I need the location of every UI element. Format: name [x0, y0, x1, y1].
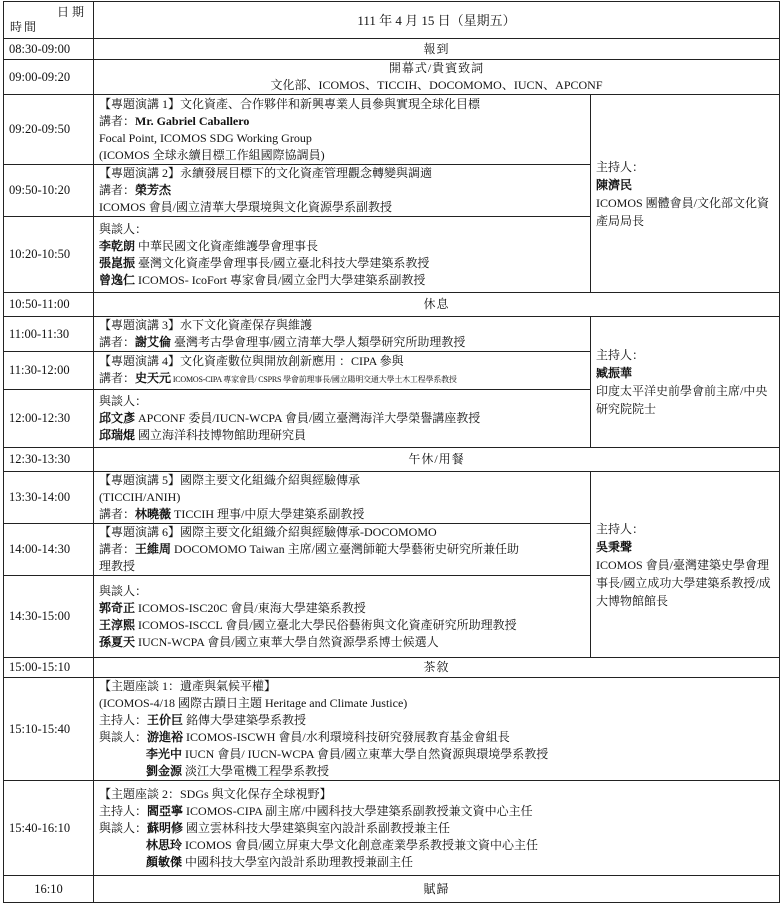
header-row: 日期 時間 111 年 4 月 15 日（星期五）: [4, 2, 780, 39]
time-cell: 15:40-16:10: [4, 781, 94, 876]
speaker-prefix: 講者：: [99, 114, 135, 128]
speaker-prefix: 講者：: [99, 183, 135, 197]
speaker-desc: TICCIH 理事/中原大學建築系副教授: [171, 507, 364, 521]
session-text: 報到: [94, 39, 780, 60]
panelist: 李光中 IUCN 會員/ IUCN-WCPA 會員/國立東華大學自然資源與環境學…: [99, 746, 774, 763]
panelist-desc: IUCN 會員/ IUCN-WCPA 會員/國立東華大學自然資源與環境學系教授: [182, 747, 548, 761]
forum-cell: 【主題座談 2：SDGs 與文化保存全球視野】 主持人：閻亞寧 ICOMOS-C…: [94, 781, 780, 876]
panelist-desc: 國立海洋科技博物館助理研究員: [135, 428, 306, 442]
table-row: 13:30-14:00 【專題演講 5】國際主要文化組織介紹與經驗傳承 (TIC…: [4, 472, 780, 524]
speaker-name: 史天元: [135, 371, 171, 385]
date-title: 111 年 4 月 15 日（星期五）: [94, 2, 780, 39]
panelist: 王淳熙 ICOMOS-ISCCL 會員/國立臺北大學民俗藝術與文化資產研究所助理…: [99, 617, 585, 634]
panelist-desc: IUCN-WCPA 會員/國立東華大學自然資源學系博士候選人: [135, 635, 439, 649]
host-label: 主持人：: [596, 346, 774, 364]
table-row: 16:10 賦歸: [4, 876, 780, 893]
host-desc: 印度太平洋史前學會前主席/中央研究院院士: [596, 384, 767, 416]
time-cell: 15:10-15:40: [4, 678, 94, 781]
table-row: 15:00-15:10 茶敘: [4, 658, 780, 678]
speaker-desc: 臺灣考古學會理事/國立清華大學人類學研究所助理教授: [171, 335, 465, 349]
talk-title: 【專題演講 4】文化資產數位與開放創新應用 ：CIPA 參與: [99, 353, 585, 370]
panelist: 邱瑞焜 國立海洋科技博物館助理研究員: [99, 427, 585, 444]
table-row: 09:20-09:50 【專題演講 1】文化資產、合作夥伴和新興專業人員參與實現…: [4, 95, 780, 165]
panelist: 顏敏傑 中國科技大學室內設計系助理教授兼副主任: [99, 854, 774, 871]
panelist: 林思玲 ICOMOS 會員/國立屏東大學文化創意產業學系教授兼文資中心主任: [99, 837, 774, 854]
panelist-desc: ICOMOS-ISCCL 會員/國立臺北大學民俗藝術與文化資產研究所助理教授: [135, 618, 517, 632]
talk-subtitle: (TICCIH/ANIH): [99, 489, 585, 506]
time-cell: 11:00-11:30: [4, 317, 94, 352]
table-row: 09:00-09:20 開幕式/貴賓致詞 文化部、ICOMOS、TICCIH、D…: [4, 60, 780, 95]
speaker-desc: ICOMOS-CIPA 專家會員/ CSPRS 學會前理事長/國立陽明交通大學土…: [171, 375, 457, 384]
speaker-affiliation: ICOMOS 會員/國立清華大學環境與文化資源學系副教授: [99, 199, 585, 216]
panelist-desc: 臺灣文化資產學會理事長/國立臺北科技大學建築系教授: [135, 256, 429, 270]
panelist-name: 邱文彥: [99, 411, 135, 425]
table-row: 10:50-11:00 休息: [4, 293, 780, 317]
forum-title: 【主題座談 2：SDGs 與文化保存全球視野】: [99, 786, 774, 803]
session-text: 午休/用餐: [94, 448, 780, 472]
panelist-name: 游進裕: [147, 730, 183, 744]
panelist-desc: ICOMOS-ISC20C 會員/東海大學建築系教授: [135, 601, 366, 615]
talk-title: 【專題演講 1】文化資產、合作夥伴和新興專業人員參與實現全球化目標: [99, 96, 585, 113]
forum-cell: 【主題座談 1：遺產與氣候平權】 (ICOMOS-4/18 國際古蹟日主題 He…: [94, 678, 780, 781]
time-cell: 08:30-09:00: [4, 39, 94, 60]
host-label: 主持人：: [596, 520, 774, 538]
panelist-name: 蘇明修: [147, 821, 183, 835]
speaker-line: 講者：Mr. Gabriel Caballero: [99, 113, 585, 130]
time-cell: 09:50-10:20: [4, 165, 94, 217]
panel-label: 與談人：: [99, 730, 147, 744]
opening-cell: 開幕式/貴賓致詞 文化部、ICOMOS、TICCIH、DOCOMOMO、IUCN…: [94, 60, 780, 95]
speaker-name: 王維周: [135, 542, 171, 556]
host-name: 陳濟民: [596, 176, 774, 194]
time-label: 時間: [10, 19, 38, 36]
time-cell: 10:50-11:00: [4, 293, 94, 317]
time-cell: 14:00-14:30: [4, 524, 94, 576]
speaker-prefix: 講者：: [99, 542, 135, 556]
speaker-line: 講者：王維周 DOCOMOMO Taiwan 主席/國立臺灣師範大學藝術史研究所…: [99, 541, 585, 558]
panelist: 張崑振 臺灣文化資產學會理事長/國立臺北科技大學建築系教授: [99, 255, 585, 272]
panelist-name: 劉金源: [146, 764, 182, 778]
speaker-line: 講者：榮芳杰: [99, 182, 585, 199]
table-row: 12:30-13:30 午休/用餐: [4, 448, 780, 472]
speaker-prefix: 講者：: [99, 507, 135, 521]
host-desc: ICOMOS-CIPA 副主席/中國科技大學建築系副教授兼文資中心主任: [183, 804, 533, 818]
talk-title: 【專題演講 6】國際主要文化組織介紹與經驗傳承-DOCOMOMO: [99, 524, 585, 541]
panelist-desc: ICOMOS-ISCWH 會員/水利環境科技研究發展教育基金會組長: [183, 730, 510, 744]
opening-orgs: 文化部、ICOMOS、TICCIH、DOCOMOMO、IUCN、APCONF: [99, 77, 774, 94]
table-row: 08:30-09:00 報到: [4, 39, 780, 60]
time-cell: 13:30-14:00: [4, 472, 94, 524]
panelist-desc: 中國科技大學室內設計系助理教授兼副主任: [182, 855, 413, 869]
speaker-desc: DOCOMOMO Taiwan 主席/國立臺灣師範大學藝術史研究所兼任助: [171, 542, 519, 556]
panelist: 劉金源 淡江大學電機工程學系教授: [99, 763, 774, 780]
host-label: 主持人：: [99, 713, 147, 727]
speaker-name: 謝艾倫: [135, 335, 171, 349]
speaker-name: 林曉薇: [135, 507, 171, 521]
speaker-desc-cont: 理教授: [99, 558, 585, 575]
panelist-name: 曾逸仁: [99, 273, 135, 287]
time-cell: 09:20-09:50: [4, 95, 94, 165]
host-label: 主持人：: [99, 804, 147, 818]
speaker-name: Mr. Gabriel Caballero: [135, 114, 249, 128]
panelist-name: 李乾朗: [99, 239, 135, 253]
talk-cell: 【專題演講 4】文化資產數位與開放創新應用 ：CIPA 參與 講者：史天元 IC…: [94, 352, 591, 390]
session-text: 茶敘: [94, 658, 780, 678]
talk-title: 【專題演講 2】永續發展目標下的文化資產管理觀念轉變與調適: [99, 165, 585, 182]
table-row: 15:10-15:40 【主題座談 1：遺產與氣候平權】 (ICOMOS-4/1…: [4, 678, 780, 781]
session-text: 休息: [94, 293, 780, 317]
host-name: 王价巨: [147, 713, 183, 727]
panelist-name: 邱瑞焜: [99, 428, 135, 442]
speaker-prefix: 講者：: [99, 371, 135, 385]
panel-label: 與談人：: [99, 821, 147, 835]
session-text: 賦歸: [94, 876, 780, 893]
time-cell: 12:30-13:30: [4, 448, 94, 472]
panelist-name: 王淳熙: [99, 618, 135, 632]
panel-label: 與談人：: [99, 583, 585, 600]
speaker-line: 講者：林曉薇 TICCIH 理事/中原大學建築系副教授: [99, 506, 585, 523]
panel-cell: 與談人： 郭奇正 ICOMOS-ISC20C 會員/東海大學建築系教授 王淳熙 …: [94, 576, 591, 658]
table-row: 15:40-16:10 【主題座談 2：SDGs 與文化保存全球視野】 主持人：…: [4, 781, 780, 876]
panelist: 曾逸仁 ICOMOS- IcoFort 專家會員/國立金門大學建築系副教授: [99, 272, 585, 289]
panel-cell: 與談人： 邱文彥 APCONF 委員/IUCN-WCPA 會員/國立臺灣海洋大學…: [94, 390, 591, 448]
speaker-name: 榮芳杰: [135, 183, 171, 197]
panelist-name: 李光中: [146, 747, 182, 761]
panelist: 郭奇正 ICOMOS-ISC20C 會員/東海大學建築系教授: [99, 600, 585, 617]
panelist: 與談人：游進裕 ICOMOS-ISCWH 會員/水利環境科技研究發展教育基金會組…: [99, 729, 774, 746]
agenda-table: 日期 時間 111 年 4 月 15 日（星期五） 08:30-09:00 報到…: [3, 1, 780, 892]
panelist-desc: 中華民國文化資產維護學會理事長: [135, 239, 318, 253]
time-cell: 15:00-15:10: [4, 658, 94, 678]
panelist-desc: ICOMOS- IcoFort 專家會員/國立金門大學建築系副教授: [135, 273, 425, 287]
opening-title: 開幕式/貴賓致詞: [99, 60, 774, 77]
speaker-affiliation-zh: (ICOMOS 全球永續目標工作組國際協調員): [99, 147, 585, 164]
forum-subtitle: (ICOMOS-4/18 國際古蹟日主題 Heritage and Climat…: [99, 695, 774, 712]
forum-host: 主持人：王价巨 銘傳大學建築學系教授: [99, 712, 774, 729]
panelist-desc: 淡江大學電機工程學系教授: [182, 764, 329, 778]
time-cell: 14:30-15:00: [4, 576, 94, 658]
talk-cell: 【專題演講 2】永續發展目標下的文化資產管理觀念轉變與調適 講者：榮芳杰 ICO…: [94, 165, 591, 217]
time-cell: 09:00-09:20: [4, 60, 94, 95]
host-cell-morning: 主持人： 陳濟民 ICOMOS 團體會員/文化部文化資產局局長: [591, 95, 780, 293]
speaker-affiliation: Focal Point, ICOMOS SDG Working Group: [99, 130, 585, 147]
host-desc: 銘傳大學建築學系教授: [183, 713, 306, 727]
talk-cell: 【專題演講 1】文化資產、合作夥伴和新興專業人員參與實現全球化目標 講者：Mr.…: [94, 95, 591, 165]
talk-title: 【專題演講 3】水下文化資產保存與維護: [99, 317, 585, 334]
host-name: 閻亞寧: [147, 804, 183, 818]
talk-cell: 【專題演講 5】國際主要文化組織介紹與經驗傳承 (TICCIH/ANIH) 講者…: [94, 472, 591, 524]
panelist: 李乾朗 中華民國文化資產維護學會理事長: [99, 238, 585, 255]
header-corner-cell: 日期 時間: [4, 2, 94, 39]
host-desc: ICOMOS 會員/臺灣建築史學會理事長/國立成功大學建築系教授/成大博物館館長: [596, 558, 771, 608]
time-cell: 10:20-10:50: [4, 217, 94, 293]
talk-cell: 【專題演講 3】水下文化資產保存與維護 講者：謝艾倫 臺灣考古學會理事/國立清華…: [94, 317, 591, 352]
speaker-line: 講者：史天元 ICOMOS-CIPA 專家會員/ CSPRS 學會前理事長/國立…: [99, 370, 585, 388]
host-label: 主持人：: [596, 158, 774, 176]
panelist-name: 林思玲: [146, 838, 182, 852]
speaker-prefix: 講者：: [99, 335, 135, 349]
panelist-name: 孫夏天: [99, 635, 135, 649]
panelist-desc: APCONF 委員/IUCN-WCPA 會員/國立臺灣海洋大學榮譽講座教授: [135, 411, 480, 425]
panel-label: 與談人：: [99, 221, 585, 238]
host-cell-late-morning: 主持人： 臧振華 印度太平洋史前學會前主席/中央研究院院士: [591, 317, 780, 448]
panelist: 邱文彥 APCONF 委員/IUCN-WCPA 會員/國立臺灣海洋大學榮譽講座教…: [99, 410, 585, 427]
talk-cell: 【專題演講 6】國際主要文化組織介紹與經驗傳承-DOCOMOMO 講者：王維周 …: [94, 524, 591, 576]
panel-label: 與談人：: [99, 393, 585, 410]
panelist-name: 郭奇正: [99, 601, 135, 615]
host-desc: ICOMOS 團體會員/文化部文化資產局局長: [596, 196, 769, 228]
forum-title: 【主題座談 1：遺產與氣候平權】: [99, 678, 774, 695]
panel-cell: 與談人： 李乾朗 中華民國文化資產維護學會理事長 張崑振 臺灣文化資產學會理事長…: [94, 217, 591, 293]
time-cell: 12:00-12:30: [4, 390, 94, 448]
host-name: 臧振華: [596, 364, 774, 382]
table-row: 11:00-11:30 【專題演講 3】水下文化資產保存與維護 講者：謝艾倫 臺…: [4, 317, 780, 352]
time-cell: 11:30-12:00: [4, 352, 94, 390]
talk-title: 【專題演講 5】國際主要文化組織介紹與經驗傳承: [99, 472, 585, 489]
date-label: 日期: [57, 4, 87, 21]
panelist-name: 顏敏傑: [146, 855, 182, 869]
panelist-name: 張崑振: [99, 256, 135, 270]
panelist-desc: 國立雲林科技大學建築與室內設計系副教授兼主任: [183, 821, 450, 835]
host-name: 吳秉聲: [596, 538, 774, 556]
host-cell-afternoon: 主持人： 吳秉聲 ICOMOS 會員/臺灣建築史學會理事長/國立成功大學建築系教…: [591, 472, 780, 658]
speaker-line: 講者：謝艾倫 臺灣考古學會理事/國立清華大學人類學研究所助理教授: [99, 334, 585, 351]
panelist: 與談人：蘇明修 國立雲林科技大學建築與室內設計系副教授兼主任: [99, 820, 774, 837]
panelist: 孫夏天 IUCN-WCPA 會員/國立東華大學自然資源學系博士候選人: [99, 634, 585, 651]
forum-host: 主持人：閻亞寧 ICOMOS-CIPA 副主席/中國科技大學建築系副教授兼文資中…: [99, 803, 774, 820]
panelist-desc: ICOMOS 會員/國立屏東大學文化創意產業學系教授兼文資中心主任: [182, 838, 538, 852]
time-cell: 16:10: [4, 876, 94, 893]
